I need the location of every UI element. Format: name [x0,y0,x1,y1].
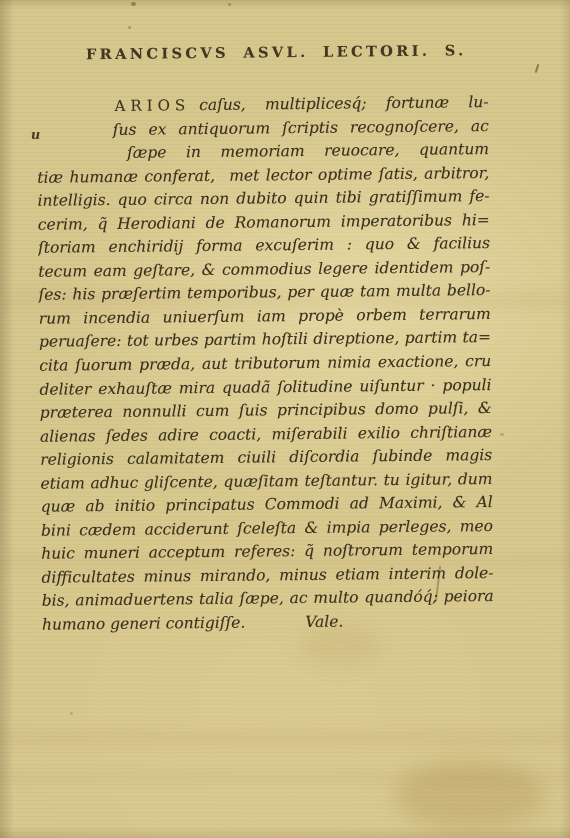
body-text: ARIOScaſus, multiplicesq́; fortunæ lu- ſ… [36,91,494,637]
closing-text: humano generi contigiſſe. [42,614,246,634]
valediction: Vale. [305,613,343,631]
text-line-rest: caſus, multiplicesq́; fortunæ lu- [199,93,489,114]
opening-capitals: ARIOS [114,96,190,115]
text-line: bis, animaduertens talia ſæpe, ac multo … [42,585,494,613]
book-page-scan: FRANCISCVS ASVL. LECTORI. S. u ARIOScaſu… [0,0,570,838]
closing-line: humano generi contigiſſe.Vale. [42,609,494,637]
page-title: FRANCISCVS ASVL. LECTORI. S. [86,42,467,63]
printed-page-content: FRANCISCVS ASVL. LECTORI. S. u ARIOScaſu… [0,0,570,838]
